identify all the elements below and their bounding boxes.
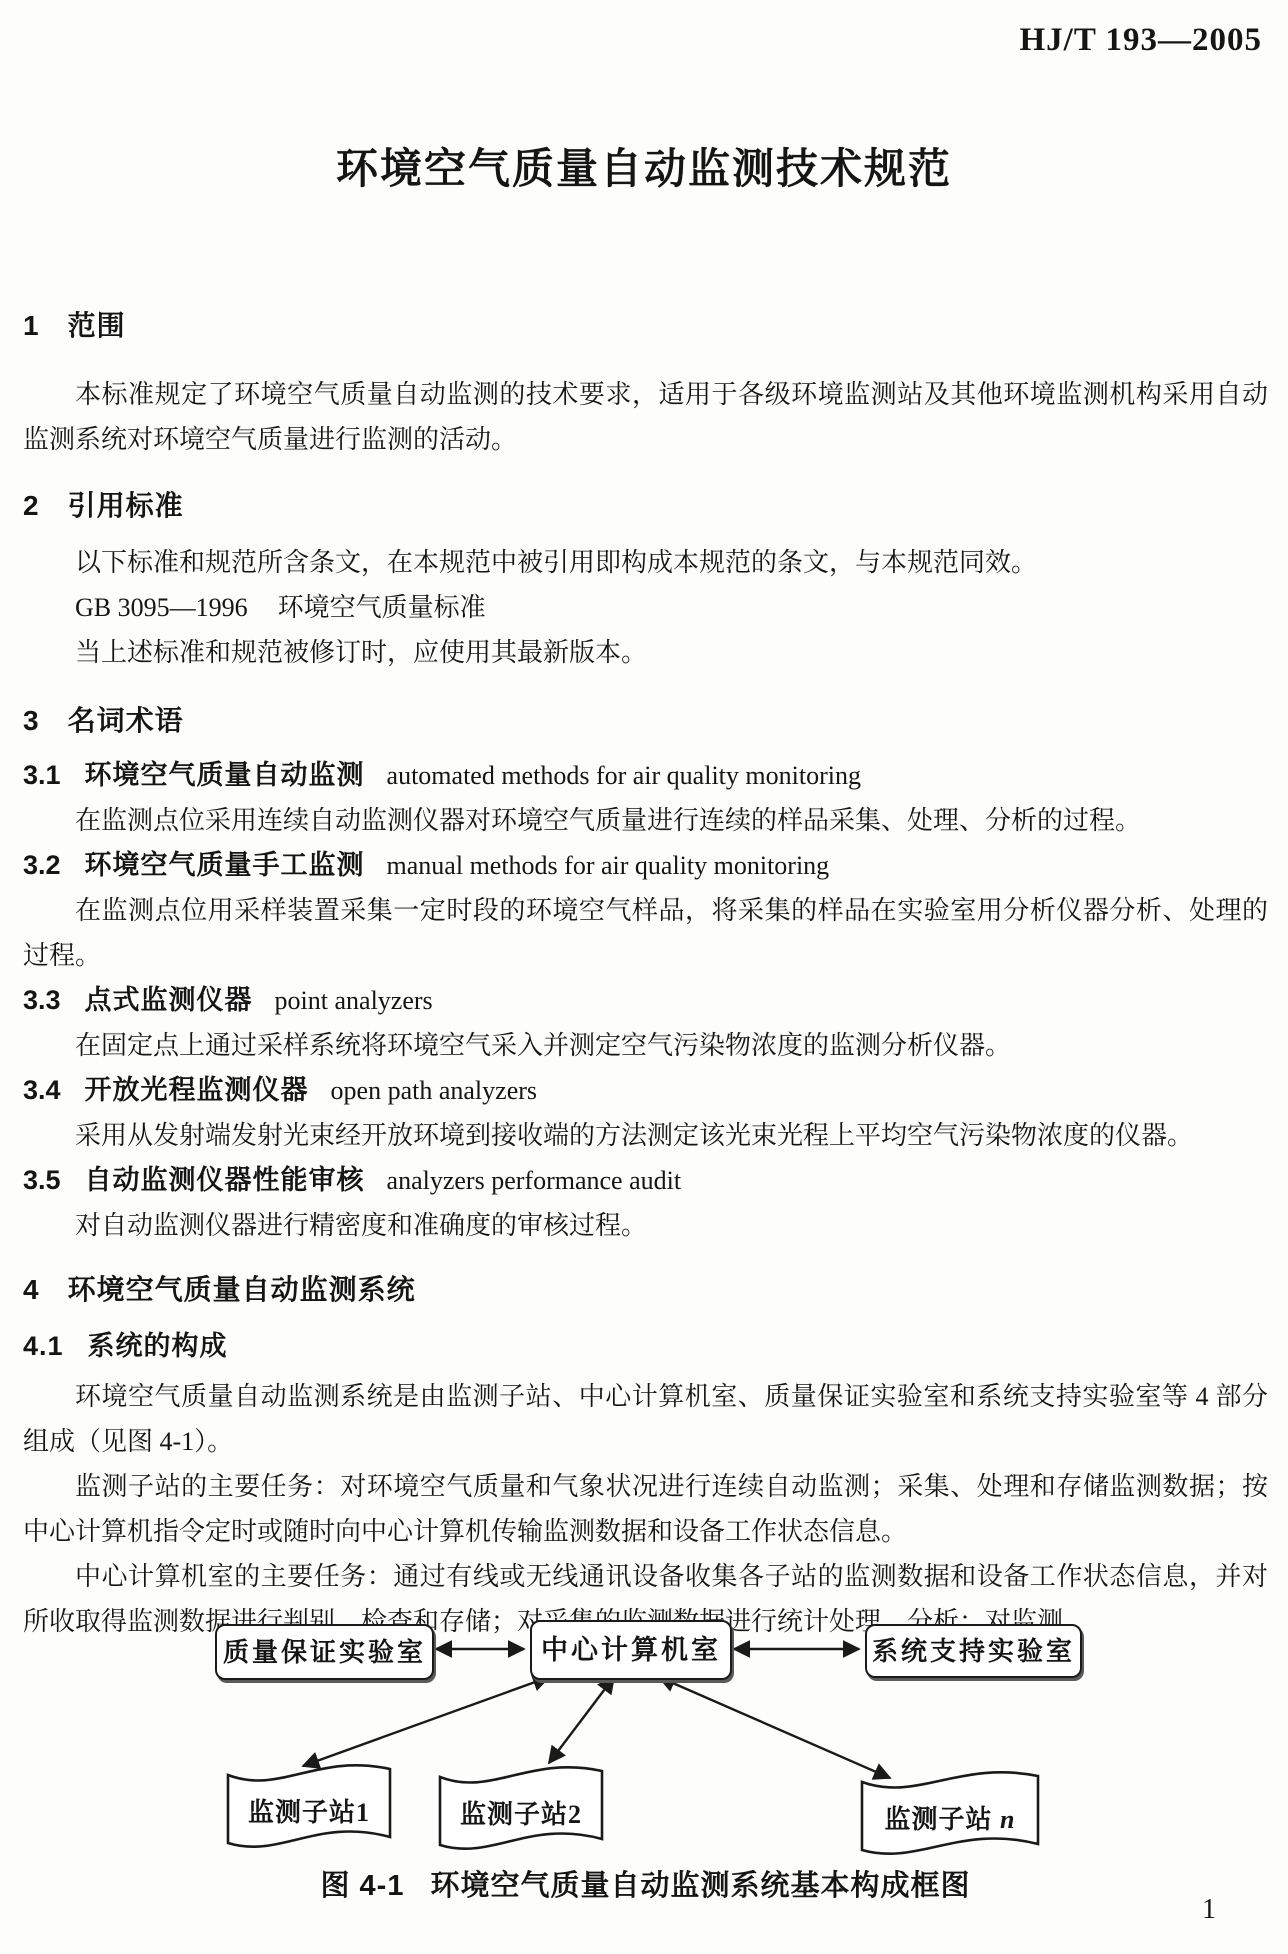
section-number: 3 <box>23 701 40 741</box>
term-definition: 在监测点位采用连续自动监测仪器对环境空气质量进行连续的样品采集、处理、分析的过程… <box>23 798 1268 843</box>
doc-code: HJ/T 193—2005 <box>1019 22 1262 59</box>
section-title: 系统的构成 <box>88 1331 228 1361</box>
section-title: 范围 <box>68 310 126 341</box>
diagram-box-label: 中心计算机室 <box>541 1628 721 1673</box>
paragraph: 监测子站的主要任务：对环境空气质量和气象状况进行连续自动监测；采集、处理和存储监… <box>23 1464 1268 1554</box>
section-number: 2 <box>23 486 40 526</box>
term-zh: 环境空气质量自动监测 <box>85 760 365 790</box>
diagram-substation-2-label: 监测子站2 <box>440 1792 602 1837</box>
figure-caption: 图 4-1环境空气质量自动监测系统基本构成框图 <box>23 1864 1268 1909</box>
paragraph: 环境空气质量自动监测系统是由监测子站、中心计算机室、质量保证实验室和系统支持实验… <box>23 1374 1268 1464</box>
term-heading-3-2: 3.2环境空气质量手工监测manual methods for air qual… <box>23 843 1268 888</box>
term-definition: 在固定点上通过采样系统将环境空气采入并测定空气污染物浓度的监测分析仪器。 <box>23 1023 1268 1068</box>
term-number: 3.1 <box>23 753 61 798</box>
section-title: 环境空气质量自动监测系统 <box>68 1274 416 1305</box>
section-3-heading: 3名词术语 <box>23 701 1268 741</box>
reference-line: GB 3095—1996环境空气质量标准 <box>23 585 1268 630</box>
term-en: point analyzers <box>275 986 433 1015</box>
diagram-substation-n-label: 监测子站 n <box>862 1797 1038 1842</box>
paragraph: 本标准规定了环境空气质量自动监测的技术要求，适用于各级环境监测站及其他环境监测机… <box>23 372 1268 462</box>
document-page: HJ/T 193—2005 环境空气质量自动监测技术规范 1范围 本标准规定了环… <box>0 0 1288 1954</box>
diagram-box-center-computer-room: 中心计算机室 <box>530 1620 732 1680</box>
term-heading-3-4: 3.4开放光程监测仪器open path analyzers <box>23 1068 1268 1113</box>
figure-caption-text: 环境空气质量自动监测系统基本构成框图 <box>430 1870 970 1902</box>
page-title: 环境空气质量自动监测技术规范 <box>0 136 1288 196</box>
section-2-heading: 2引用标准 <box>23 486 1268 526</box>
document-body: 1范围 本标准规定了环境空气质量自动监测的技术要求，适用于各级环境监测站及其他环… <box>23 300 1268 1909</box>
section-4-heading: 4环境空气质量自动监测系统 <box>23 1270 1268 1310</box>
page-number: 1 <box>1202 1894 1216 1926</box>
term-zh: 自动监测仪器性能审核 <box>85 1165 365 1195</box>
section-number: 4.1 <box>23 1326 64 1366</box>
section-title: 引用标准 <box>68 490 184 521</box>
section-4-1-heading: 4.1系统的构成 <box>23 1326 1268 1366</box>
diagram-box-label: 质量保证实验室 <box>223 1630 426 1675</box>
term-number: 3.4 <box>23 1068 61 1113</box>
arrow-center-sub2 <box>549 1677 614 1763</box>
term-definition: 在监测点位用采样装置采集一定时段的环境空气样品，将采集的样品在实验室用分析仪器分… <box>23 888 1268 978</box>
term-en: manual methods for air quality monitorin… <box>387 851 830 880</box>
figure-caption-label: 图 4-1 <box>321 1870 405 1902</box>
term-en: automated methods for air quality monito… <box>387 761 861 790</box>
section-title: 名词术语 <box>68 705 184 736</box>
term-zh: 环境空气质量手工监测 <box>85 850 365 880</box>
paragraph: 以下标准和规范所含条文，在本规范中被引用即构成本规范的条文，与本规范同效。 <box>23 540 1268 585</box>
diagram-box-support-lab: 系统支持实验室 <box>865 1624 1082 1678</box>
term-heading-3-1: 3.1环境空气质量自动监测automated methods for air q… <box>23 753 1268 798</box>
reference-code: GB 3095—1996 <box>75 593 248 622</box>
arrow-center-sub1 <box>303 1677 549 1766</box>
term-number: 3.5 <box>23 1158 61 1203</box>
term-number: 3.2 <box>23 843 61 888</box>
term-en: open path analyzers <box>331 1076 537 1105</box>
diagram-box-label: 系统支持实验室 <box>872 1629 1075 1674</box>
section-number: 1 <box>23 306 40 346</box>
reference-title: 环境空气质量标准 <box>278 593 486 622</box>
term-definition: 对自动监测仪器进行精密度和准确度的审核过程。 <box>23 1203 1268 1248</box>
term-number: 3.3 <box>23 978 61 1023</box>
term-heading-3-3: 3.3点式监测仪器point analyzers <box>23 978 1268 1023</box>
section-number: 4 <box>23 1270 40 1310</box>
diagram-box-qa-lab: 质量保证实验室 <box>215 1624 434 1680</box>
figure-4-1-diagram: 质量保证实验室 中心计算机室 系统支持实验室 监测子站1 监测子站2 监测子站 … <box>23 1616 1268 1868</box>
term-zh: 开放光程监测仪器 <box>85 1075 309 1105</box>
arrow-center-subn <box>659 1677 890 1778</box>
term-heading-3-5: 3.5自动监测仪器性能审核analyzers performance audit <box>23 1158 1268 1203</box>
paragraph: 当上述标准和规范被修订时，应使用其最新版本。 <box>23 630 1268 675</box>
term-zh: 点式监测仪器 <box>85 985 253 1015</box>
term-definition: 采用从发射端发射光束经开放环境到接收端的方法测定该光束光程上平均空气污染物浓度的… <box>23 1113 1268 1158</box>
section-1-heading: 1范围 <box>23 306 1268 346</box>
diagram-substation-1-label: 监测子站1 <box>228 1790 390 1835</box>
term-en: analyzers performance audit <box>387 1166 682 1195</box>
